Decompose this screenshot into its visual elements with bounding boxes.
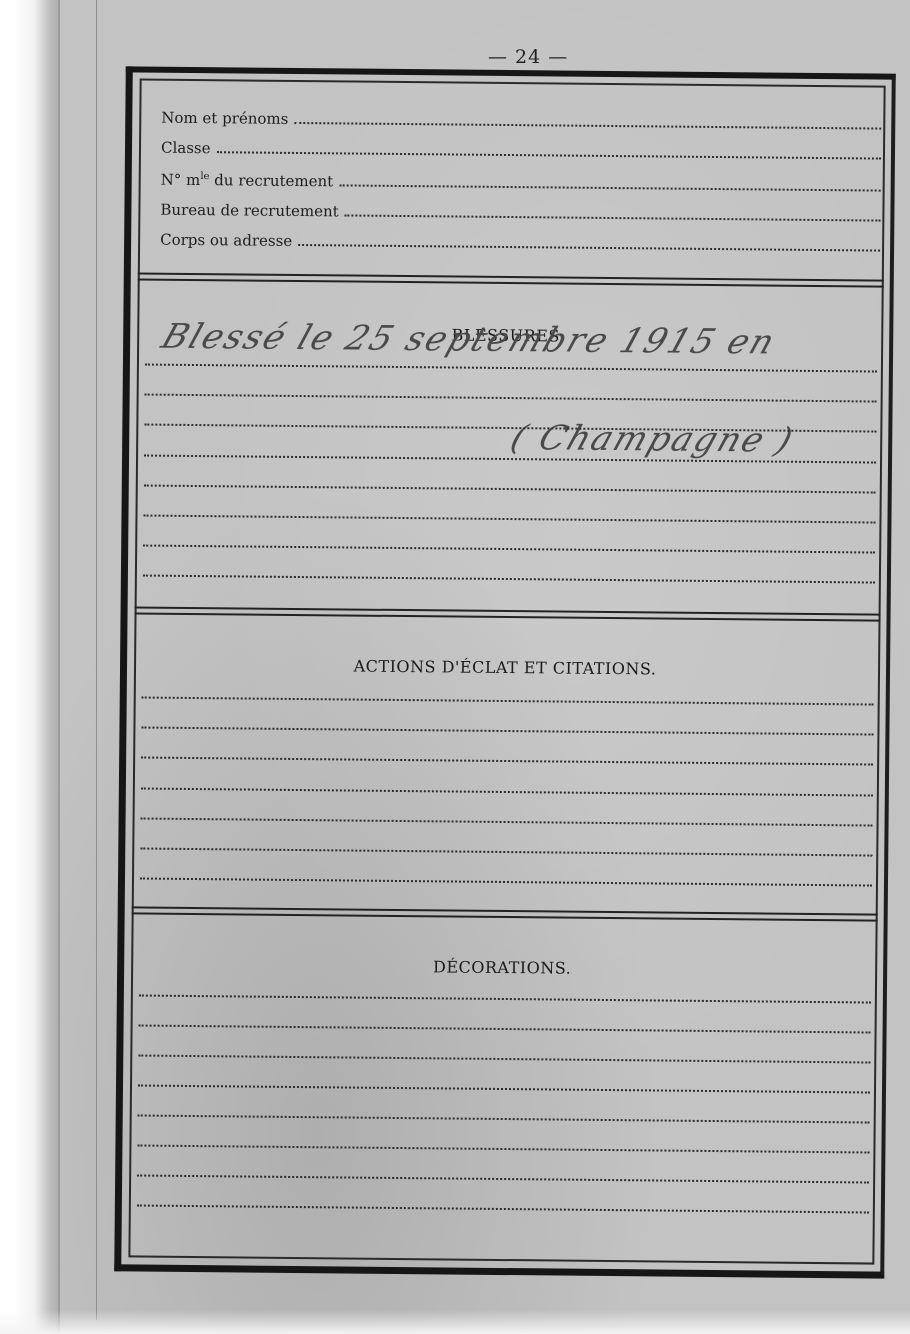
fill-in-line[interactable]	[216, 150, 880, 159]
handwritten-entry-line2: ( Champagne )	[506, 418, 800, 461]
fill-in-line[interactable]	[294, 121, 881, 130]
page-number: — 24 —	[488, 46, 568, 68]
field-label: Corps ou adresse	[160, 231, 298, 250]
field-label: Classe	[161, 139, 217, 158]
fill-in-line[interactable]	[345, 213, 881, 221]
field-label: N° mle du recrutement	[161, 171, 340, 191]
fill-in-line[interactable]	[298, 243, 880, 252]
handwritten-entry-line1: Blessé le 25 septembre 1915 en	[157, 317, 782, 363]
fill-in-line[interactable]	[339, 183, 880, 191]
field-label: Nom et prénoms	[161, 109, 294, 128]
page-edge-line	[96, 0, 97, 1320]
page-bottom-edge	[0, 1310, 910, 1334]
field-label: Bureau de recrutement	[160, 201, 344, 221]
form-frame: Nom et prénoms Classe N° mle du recrutem…	[114, 66, 896, 1278]
